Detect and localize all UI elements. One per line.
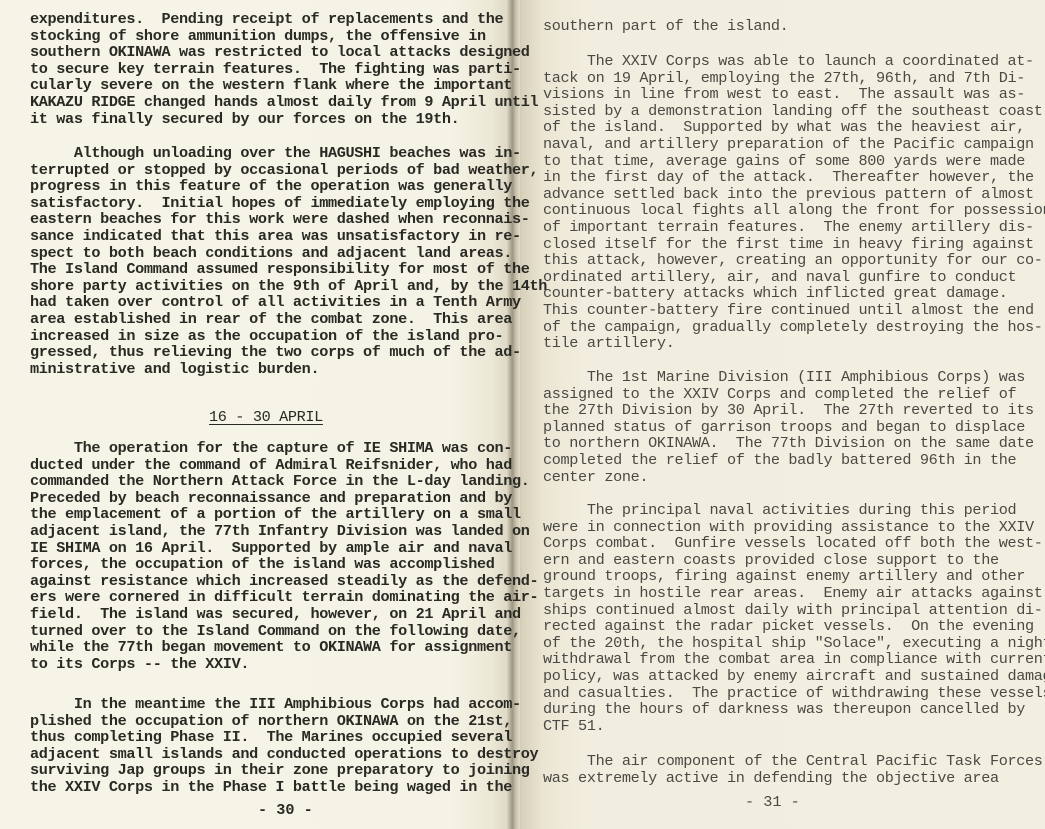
page-number-right: - 31 - [745,793,800,811]
section-heading: 16 - 30 APRIL [209,408,323,426]
text-line: and casualties. The practice of withdraw… [543,685,1045,701]
text-line: ships continued almost daily with princi… [543,602,1043,618]
text-line: to secure key terrain features. The figh… [30,61,521,77]
text-line: the XXIV Corps in the Phase I battle bei… [30,779,512,795]
text-line: of the campaign, gradually completely de… [543,319,1043,335]
text-line: advance settled back into the previous p… [543,186,1034,202]
text-line: In the meantime the III Amphibious Corps… [30,696,521,712]
text-line: area established in rear of the combat z… [30,311,512,327]
text-line: center zone. [543,469,648,485]
text-line: This counter-battery fire continued unti… [543,302,1034,318]
text-line: policy, was attacked by enemy aircraft a… [543,668,1045,684]
text-line: to that time, average gains of some 800 … [543,153,1025,169]
text-line: increased in size as the occupation of t… [30,328,503,344]
text-line: completed the relief of the badly batter… [543,452,1016,468]
text-line: had taken over control of all activities… [30,294,521,310]
text-line: gressed, thus relieving the two corps of… [30,344,521,360]
text-line: sance indicated that this area was unsat… [30,228,521,244]
text-line: were in connection with providing assist… [543,519,1034,535]
text-line: cularly severe on the western flank wher… [30,77,512,93]
text-line: of important terrain features. The enemy… [543,219,1034,235]
text-line: ducted under the command of Admiral Reif… [30,457,512,473]
text-line: surviving Jap groups in their zone prepa… [30,762,530,778]
text-line: this attack, however, creating an opport… [543,252,1043,268]
text-line: in the first day of the attack. Thereaft… [543,169,1034,185]
text-line: eastern beaches for this work were dashe… [30,211,530,227]
text-line: satisfactory. Initial hopes of immediate… [30,195,530,211]
text-line: the 27th Division by 30 April. The 27th … [543,402,1034,418]
text-line: during the hours of darkness was thereup… [543,701,1025,717]
text-line: adjacent small islands and conducted ope… [30,746,538,762]
text-line: to northern OKINAWA. The 77th Division o… [543,435,1034,451]
text-line: shore party activities on the 9th of Apr… [30,278,547,294]
text-line: against resistance which increased stead… [30,573,538,589]
text-line: naval, and artillery preparation of the … [543,136,1034,152]
text-line: to its Corps -- the XXIV. [30,656,249,672]
text-line: IE SHIMA on 16 April. Supported by ample… [30,540,512,556]
text-line: sisted by a demonstration landing off th… [543,103,1043,119]
text-line: The XXIV Corps was able to launch a coor… [543,53,1034,69]
text-line: stocking of shore ammunition dumps, the … [30,28,486,44]
text-line: planned status of garrison troops and be… [543,419,1025,435]
text-line: The 1st Marine Division (III Amphibious … [543,369,1025,385]
text-line: while the 77th began movement to OKINAWA… [30,639,512,655]
text-line: The operation for the capture of IE SHIM… [30,440,512,456]
text-line: ground troops, firing against enemy arti… [543,568,1025,584]
text-line: terrupted or stopped by occasional perio… [30,162,538,178]
text-line: adjacent island, the 77th Infantry Divis… [30,523,530,539]
text-line: of the 20th, the hospital ship "Solace",… [543,635,1045,651]
text-line: Although unloading over the HAGUSHI beac… [30,145,521,161]
text-line: Preceded by beach reconnaissance and pre… [30,490,512,506]
text-line: KAKAZU RIDGE changed hands almost daily … [30,94,538,110]
text-line: southern part of the island. [543,18,788,34]
text-line: CTF 51. [543,718,604,734]
text-line: ers were cornered in difficult terrain d… [30,589,538,605]
text-line: The principal naval activities during th… [543,502,1016,518]
text-line: ministrative and logistic burden. [30,361,319,377]
text-line: rected against the radar picket vessels.… [543,618,1034,634]
text-line: plished the occupation of northern OKINA… [30,713,512,729]
text-line: tack on 19 April, employing the 27th, 96… [543,70,1025,86]
text-line: it was finally secured by our forces on … [30,111,459,127]
text-line: southern OKINAWA was restricted to local… [30,44,530,60]
text-line: field. The island was secured, however, … [30,606,521,622]
text-line: withdrawal from the combat area in compl… [543,651,1045,667]
text-line: The air component of the Central Pacific… [543,753,1043,769]
text-line: counter-battery attacks which inflicted … [543,285,1008,301]
text-line: was extremely active in defending the ob… [543,770,999,786]
text-line: continuous local fights all along the fr… [543,202,1045,218]
text-line: visions in line from west to east. The a… [543,86,1025,102]
text-line: spect to both beach conditions and adjac… [30,245,512,261]
text-line: progress in this feature of the operatio… [30,178,512,194]
text-line: commanded the Northern Attack Force in t… [30,473,530,489]
text-line: The Island Command assumed responsibilit… [30,261,530,277]
text-line: tile artillery. [543,335,674,351]
text-line: forces, the occupation of the island was… [30,556,495,572]
text-line: expenditures. Pending receipt of replace… [30,11,503,27]
text-line: of the island. Supported by what was the… [543,119,1025,135]
text-line: the emplacement of a portion of the arti… [30,506,521,522]
text-line: targets in hostile rear areas. Enemy air… [543,585,1043,601]
text-line: ern and eastern coasts provided close su… [543,552,999,568]
text-line: ordinated artillery, air, and naval gunf… [543,269,1016,285]
text-line: thus completing Phase II. The Marines oc… [30,729,512,745]
text-line: assigned to the XXIV Corps and completed… [543,386,1016,402]
text-line: closed itself for the first time in heav… [543,236,1034,252]
page-number-left: - 30 - [258,801,313,819]
text-line: turned over to the Island Command on the… [30,623,521,639]
text-line: Corps combat. Gunfire vessels located of… [543,535,1043,551]
